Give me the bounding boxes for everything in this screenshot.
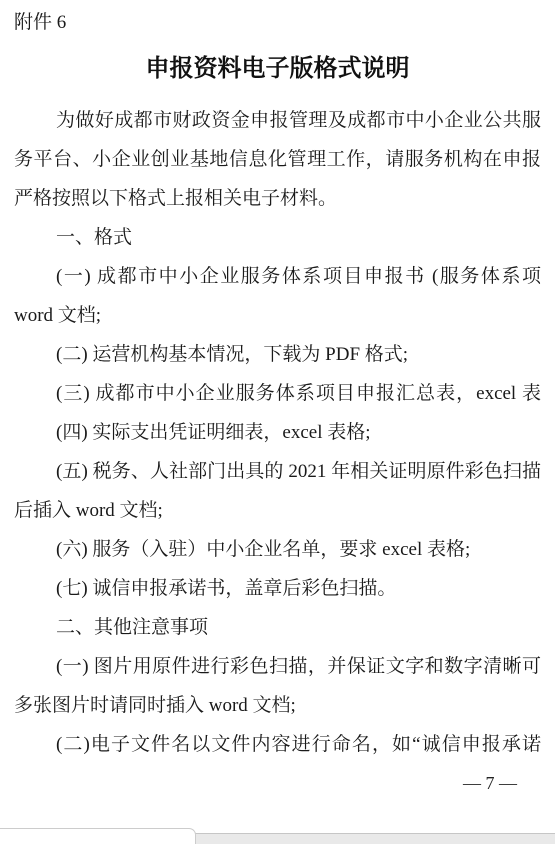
section-heading: 二、其他注意事项 [14, 608, 541, 647]
page-title: 申报资料电子版格式说明 [14, 47, 541, 91]
list-item-continuation: 后插入 word 文档; [14, 491, 541, 530]
list-item-continuation: 多张图片时请同时插入 word 文档; [14, 686, 541, 725]
list-item: (二)电子文件名以文件内容进行命名，如“诚信申报承诺书.doc”。 [14, 725, 541, 764]
body-line: 务平台、小企业创业基地信息化管理工作，请服务机构在申报时 [14, 140, 541, 179]
list-item: (四) 实际支出凭证明细表，excel 表格; [14, 413, 541, 452]
page-number: — 7 — [14, 764, 541, 803]
list-item: (五) 税务、人社部门出具的 2021 年相关证明原件彩色扫描 [14, 452, 541, 491]
list-item: (二) 运营机构基本情况，下载为 PDF 格式; [14, 335, 541, 374]
list-item: (七) 诚信申报承诺书，盖章后彩色扫描。 [14, 569, 541, 608]
list-item: (一) 图片用原件进行彩色扫描，并保证文字和数字清晰可见， [14, 647, 541, 686]
document-page: 附件 6 申报资料电子版格式说明 为做好成都市财政资金申报管理及成都市中小企业公… [0, 0, 555, 803]
body-line: 严格按照以下格式上报相关电子材料。 [14, 179, 541, 218]
attachment-label: 附件 6 [14, 3, 541, 42]
list-item: (一) 成都市中小企业服务体系项目申报书 (服务体系项目)， [14, 257, 541, 296]
list-item: (三) 成都市中小企业服务体系项目申报汇总表，excel 表格; [14, 374, 541, 413]
section-heading: 一、格式 [14, 218, 541, 257]
list-item-continuation: word 文档; [14, 296, 541, 335]
body-line: 为做好成都市财政资金申报管理及成都市中小企业公共服 [14, 101, 541, 140]
active-tab-edge[interactable] [0, 828, 196, 844]
list-item: (六) 服务（入驻）中小企业名单，要求 excel 表格; [14, 530, 541, 569]
